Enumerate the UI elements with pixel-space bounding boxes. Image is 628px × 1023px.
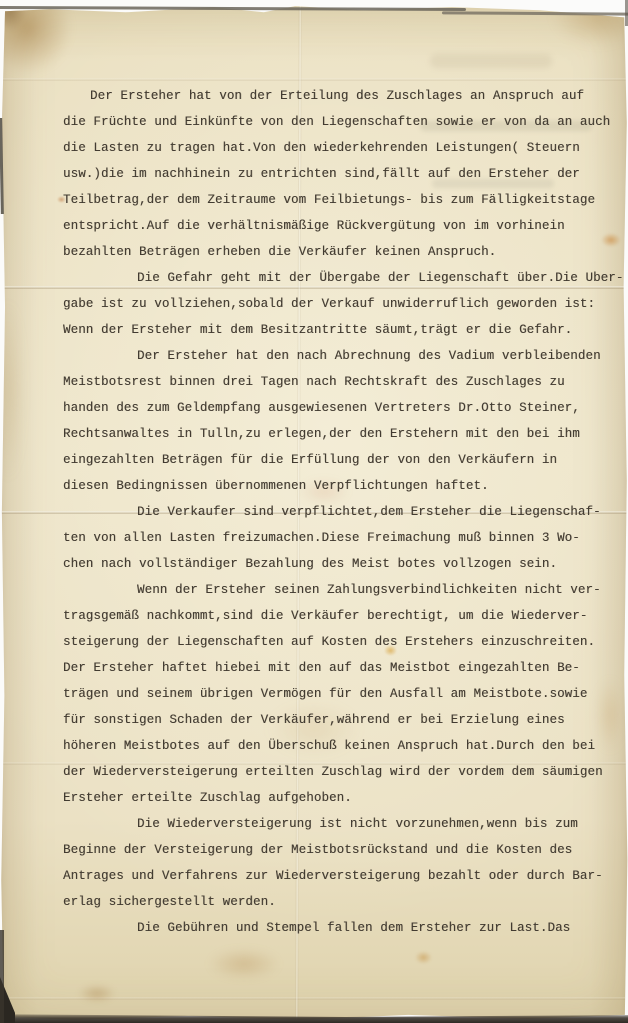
text-line: Beginne der Versteigerung der Meistbotsr… <box>63 837 611 863</box>
stain <box>208 948 280 980</box>
text-line: Antrages und Verfahrens zur Wiederverste… <box>63 863 611 889</box>
stain <box>415 951 432 964</box>
text-line: Teilbetrag,der dem Zeitraume vom Feilbie… <box>63 187 611 213</box>
text-line: die Lasten zu tragen hat.Von den wiederk… <box>63 135 611 161</box>
text-line: Ersteher erteilte Zuschlag aufgehoben. <box>63 785 611 811</box>
paragraph: Die Wiederversteigerung ist nicht vorzun… <box>63 811 611 915</box>
text-line: höheren Meistbotes auf den Überschuß kei… <box>63 733 611 759</box>
text-line: der Wiederversteigerung erteilten Zuschl… <box>63 759 611 785</box>
text-line: Der Ersteher hat den nach Abrechnung des… <box>63 343 611 369</box>
text-line: chen nach vollständiger Bezahlung des Me… <box>63 551 611 577</box>
paragraph: Der Ersteher hat von der Erteilung des Z… <box>63 83 611 265</box>
stain <box>0 298 22 483</box>
stain <box>0 0 26 30</box>
text-line: gabe ist zu vollziehen,sobald der Verkau… <box>63 291 611 317</box>
paper-sheet: Der Ersteher hat von der Erteilung des Z… <box>0 0 628 1023</box>
text-line: steigerung der Liegenschaften auf Kosten… <box>63 629 611 655</box>
text-line: Die Wiederversteigerung ist nicht vorzun… <box>63 811 611 837</box>
paragraph: Die Gefahr geht mit der Übergabe der Lie… <box>63 265 611 343</box>
ink-bleed-ghost <box>430 54 552 68</box>
text-line: Die Gefahr geht mit der Übergabe der Lie… <box>63 265 611 291</box>
text-line: erlag sichergestellt werden. <box>63 889 611 915</box>
text-line: trägen und seinem übrigen Vermögen für d… <box>63 681 611 707</box>
fold-crease <box>0 78 628 81</box>
paragraph: Die Gebühren und Stempel fallen dem Erst… <box>63 915 611 941</box>
stain <box>78 984 116 1003</box>
text-line: bezahlten Beträgen erheben die Verkäufer… <box>63 239 611 265</box>
text-line: Der Ersteher hat von der Erteilung des Z… <box>63 83 611 109</box>
fold-crease <box>0 997 628 1000</box>
text-line: Wenn der Ersteher seinen Zahlungsverbind… <box>63 577 611 603</box>
text-line: die Früchte und Einkünfte von den Liegen… <box>63 109 611 135</box>
text-line: für sonstigen Schaden der Verkäufer,währ… <box>63 707 611 733</box>
paragraph: Der Ersteher hat den nach Abrechnung des… <box>63 343 611 499</box>
text-line: entspricht.Auf die verhältnismäßige Rück… <box>63 213 611 239</box>
page-edge-left <box>0 930 4 1023</box>
text-line: ten von allen Lasten freizumachen.Diese … <box>63 525 611 551</box>
document-scan: Der Ersteher hat von der Erteilung des Z… <box>0 0 628 1023</box>
text-line: Meistbotsrest binnen drei Tagen nach Rec… <box>63 369 611 395</box>
paragraph: Wenn der Ersteher seinen Zahlungsverbind… <box>63 577 611 811</box>
text-line: Wenn der Ersteher mit dem Besitzantritte… <box>63 317 611 343</box>
text-line: Die Verkaufer sind verpflichtet,dem Erst… <box>63 499 611 525</box>
text-line: Rechtsanwaltes in Tulln,zu erlegen,der d… <box>63 421 611 447</box>
text-line: usw.)die im nachhinein zu entrichten sin… <box>63 161 611 187</box>
text-line: Die Gebühren und Stempel fallen dem Erst… <box>63 915 611 941</box>
text-line: eingezahlten Beträgen für die Erfüllung … <box>63 447 611 473</box>
stain <box>552 0 628 46</box>
text-line: Der Ersteher haftet hiebei mit den auf d… <box>63 655 611 681</box>
text-line: diesen Bedingnissen übernommenen Verpfli… <box>63 473 611 499</box>
paragraph: Die Verkaufer sind verpflichtet,dem Erst… <box>63 499 611 577</box>
text-line: handen des zum Geldempfang ausgewiesenen… <box>63 395 611 421</box>
document-text: Der Ersteher hat von der Erteilung des Z… <box>63 83 611 941</box>
text-line: tragsgemäß nachkommt,sind die Verkäufer … <box>63 603 611 629</box>
stain <box>0 0 72 75</box>
